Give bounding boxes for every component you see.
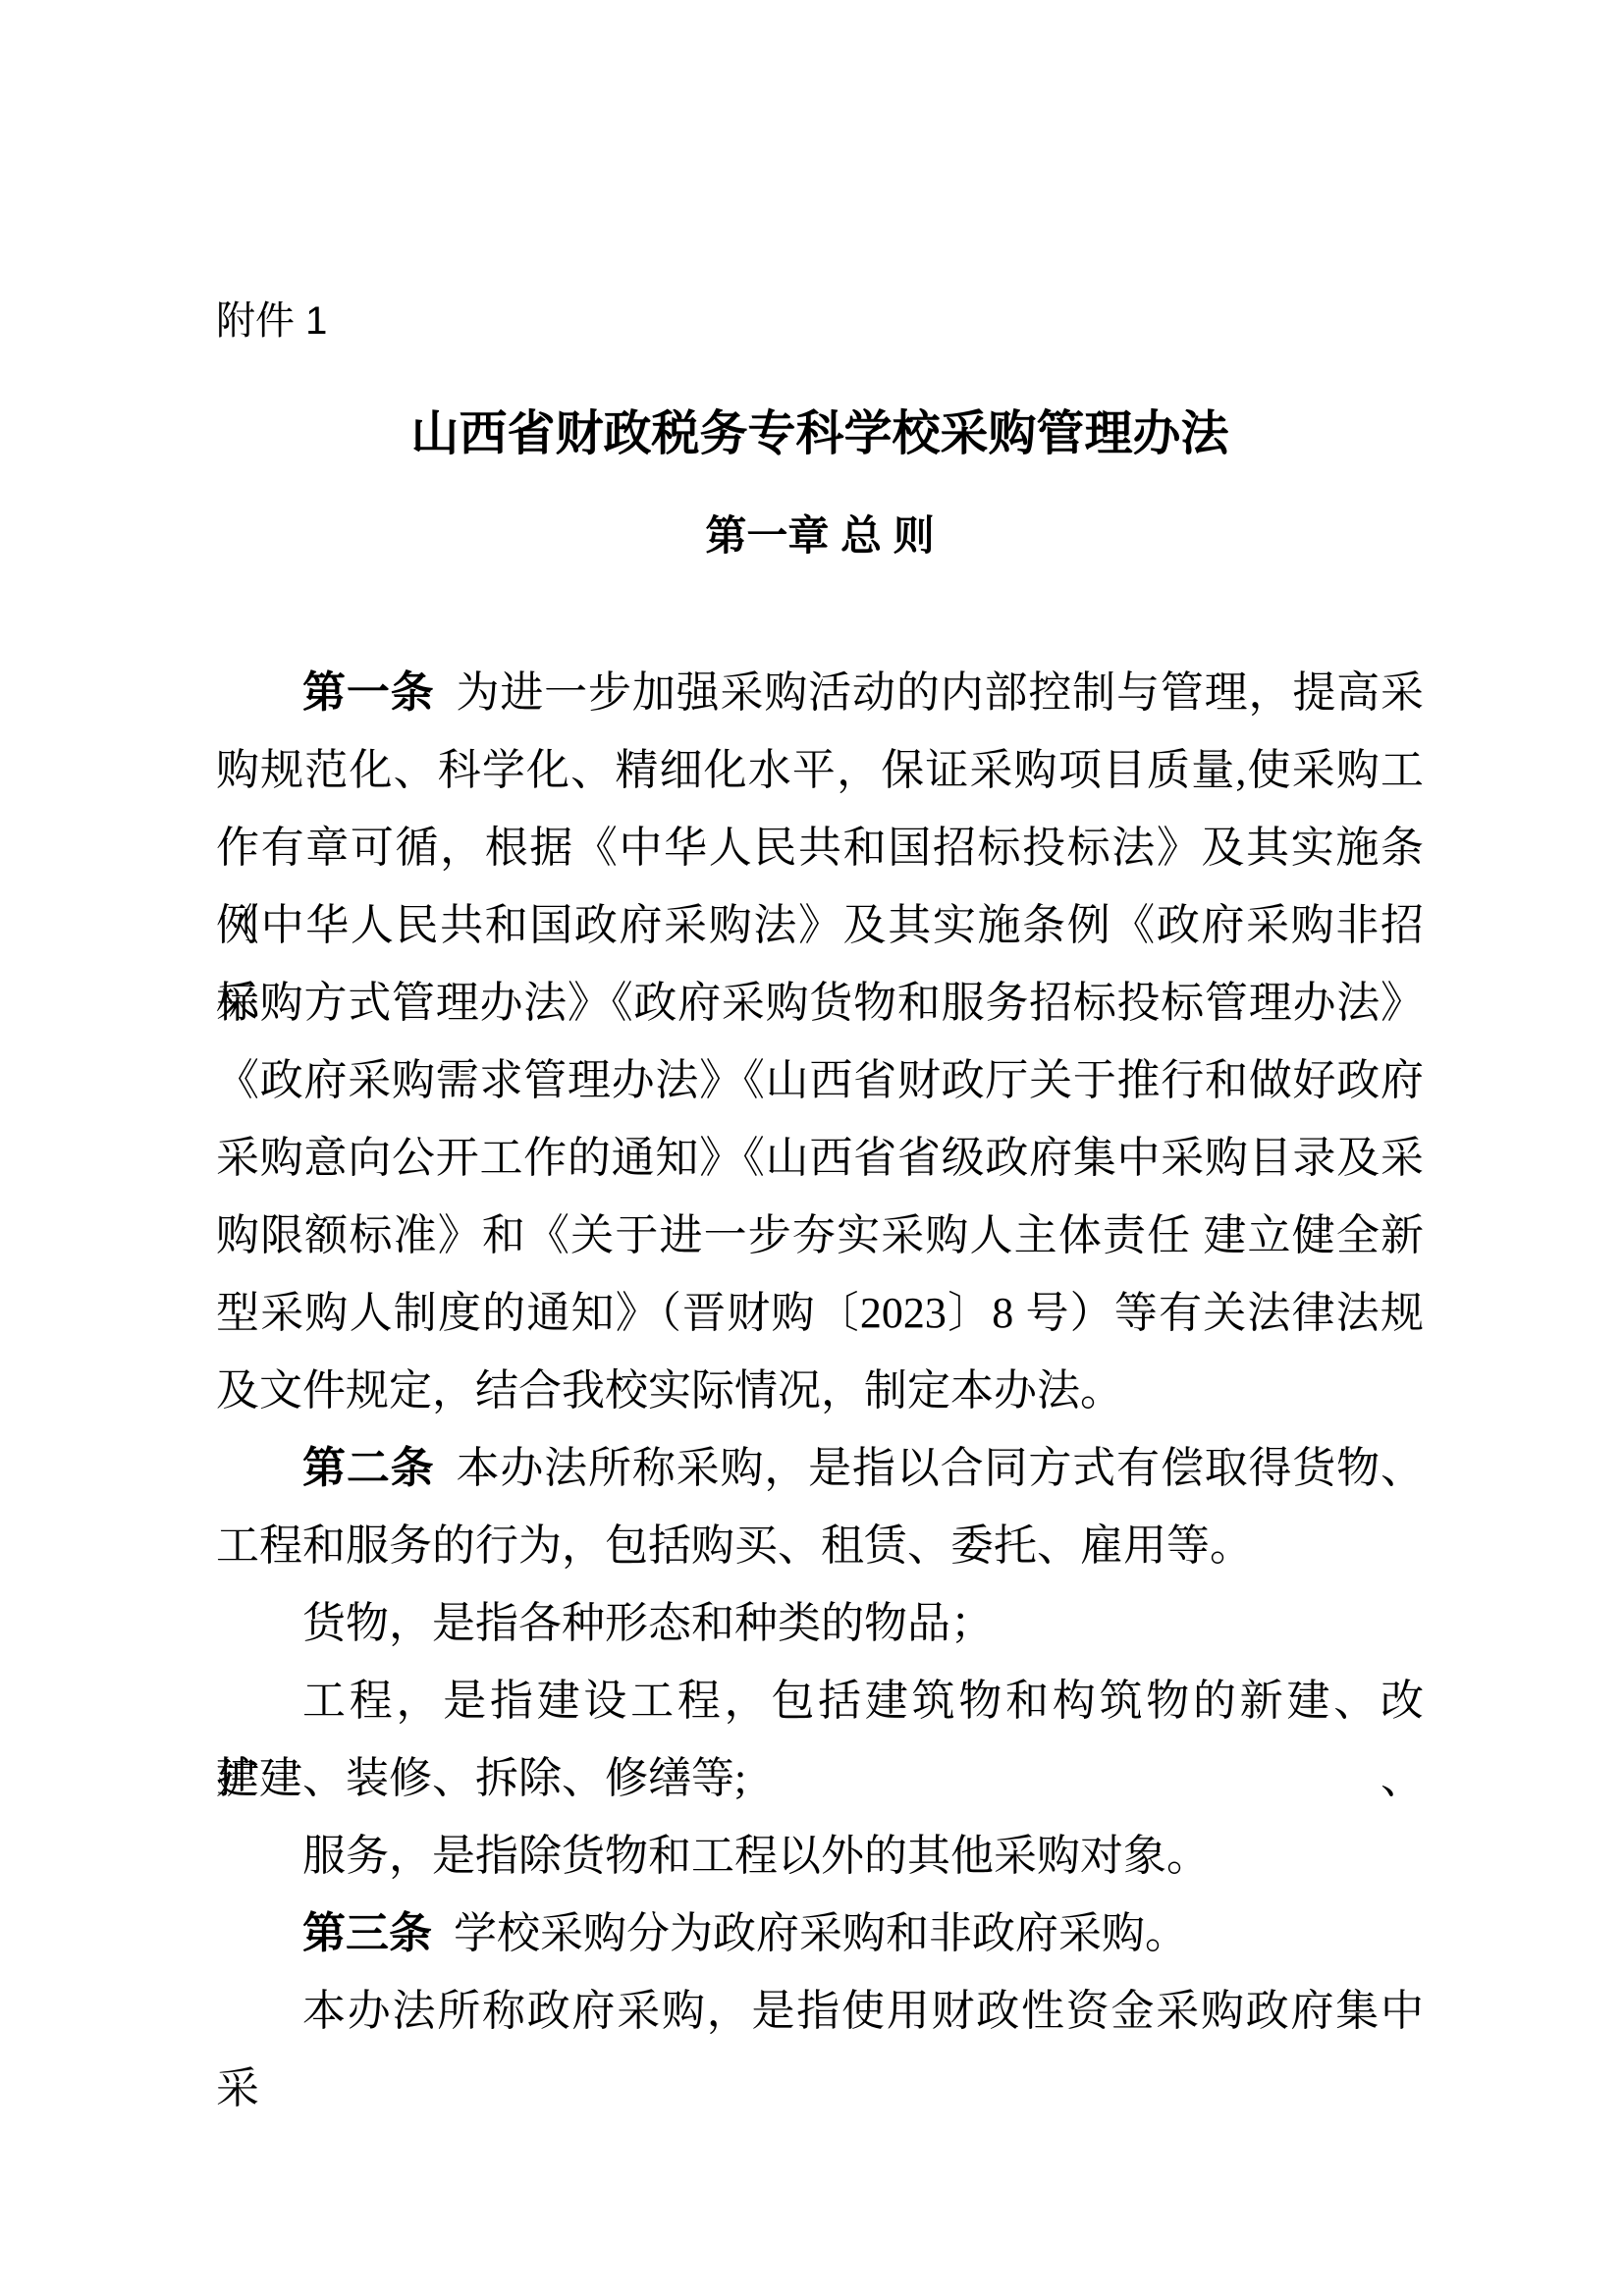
article-label: 第一条 [302,668,435,717]
body-line: 《中华人民共和国政府采购法》及其实施条例《政府采购非招标 [216,886,1424,964]
body-line-text: 采购意向公开工作的通知》《山西省省级政府集中采购目录及采 [216,1134,1424,1182]
body-line: 服务，是指除货物和工程以外的其他采购对象。 [216,1817,1424,1895]
body-line: 型采购人制度的通知》（晋财购〔2023〕8 号）等有关法律法规 [216,1274,1424,1352]
body-line-text: 货物，是指各种形态和种类的物品； [302,1599,994,1647]
body-line: 作有章可循，根据《中华人民共和国招标投标法》及其实施条例 [216,809,1424,886]
body-line: 货物，是指各种形态和种类的物品； [216,1584,1424,1662]
body-line-text: 本办法所称政府采购，是指使用财政性资金采购政府集中采 [216,1987,1424,2112]
body-line: 本办法所称政府采购，是指使用财政性资金采购政府集中采 [216,1972,1424,2050]
body-line-text: 及文件规定，结合我校实际情况，制定本办法。 [216,1366,1123,1415]
body-line-text: 学校采购分为政府采购和非政府采购。 [454,1909,1188,1957]
body-line-text: 购规范化、科学化、精细化水平，保证采购项目质量,使采购工 [216,746,1424,794]
body-line-text: 采购方式管理办法》《政府采购货物和服务招标投标管理办法》 [216,979,1424,1027]
article-label: 第二条 [302,1444,435,1492]
article-label: 第三条 [302,1909,432,1957]
attachment-label: 附件 1 [216,297,327,345]
body-line-text: 购限额标准》和《关于进一步夯实采购人主体责任 建立健全新 [216,1211,1424,1259]
body-line-text: 《政府采购需求管理办法》《山西省财政厅关于推行和做好政府 [216,1056,1424,1104]
body-line: 第二条本办法所称采购，是指以合同方式有偿取得货物、 [216,1429,1424,1507]
body-line-text: 服务，是指除货物和工程以外的其他采购对象。 [302,1832,1210,1880]
body-line-text: 型采购人制度的通知》（晋财购〔2023〕8 号）等有关法律法规 [216,1289,1424,1337]
document-page: 附件 1 山西省财政税务专科学校采购管理办法 第一章 总 则 第一条为进一步加强… [0,0,1624,2296]
body-line-text: 为进一步加强采购活动的内部控制与管理，提高采 [457,668,1425,717]
body-line-text: 扩建、装修、拆除、修缮等; [216,1754,746,1802]
body-line: 《政府采购需求管理办法》《山西省财政厅关于推行和做好政府 [216,1041,1424,1119]
body-line: 及文件规定，结合我校实际情况，制定本办法。 [216,1352,1424,1429]
body-line: 第三条学校采购分为政府采购和非政府采购。 [216,1895,1424,1972]
body-line: 工程，是指建设工程，包括建筑物和构筑物的新建、改建、 [216,1662,1424,1739]
body-text: 第一条为进一步加强采购活动的内部控制与管理，提高采 购规范化、科学化、精细化水平… [216,654,1424,2050]
body-line-text: 本办法所称采购，是指以合同方式有偿取得货物、 [457,1444,1425,1492]
body-line: 购限额标准》和《关于进一步夯实采购人主体责任 建立健全新 [216,1197,1424,1274]
body-line: 工程和服务的行为，包括购买、租赁、委托、雇用等。 [216,1507,1424,1584]
body-line: 第一条为进一步加强采购活动的内部控制与管理，提高采 [216,654,1424,731]
body-line: 采购方式管理办法》《政府采购货物和服务招标投标管理办法》 [216,964,1424,1041]
document-title: 山西省财政税务专科学校采购管理办法 [216,405,1424,462]
body-line: 采购意向公开工作的通知》《山西省省级政府集中采购目录及采 [216,1119,1424,1197]
body-line-text: 工程和服务的行为，包括购买、租赁、委托、雇用等。 [216,1522,1253,1570]
chapter-heading: 第一章 总 则 [216,511,1424,561]
body-line: 购规范化、科学化、精细化水平，保证采购项目质量,使采购工 [216,731,1424,809]
